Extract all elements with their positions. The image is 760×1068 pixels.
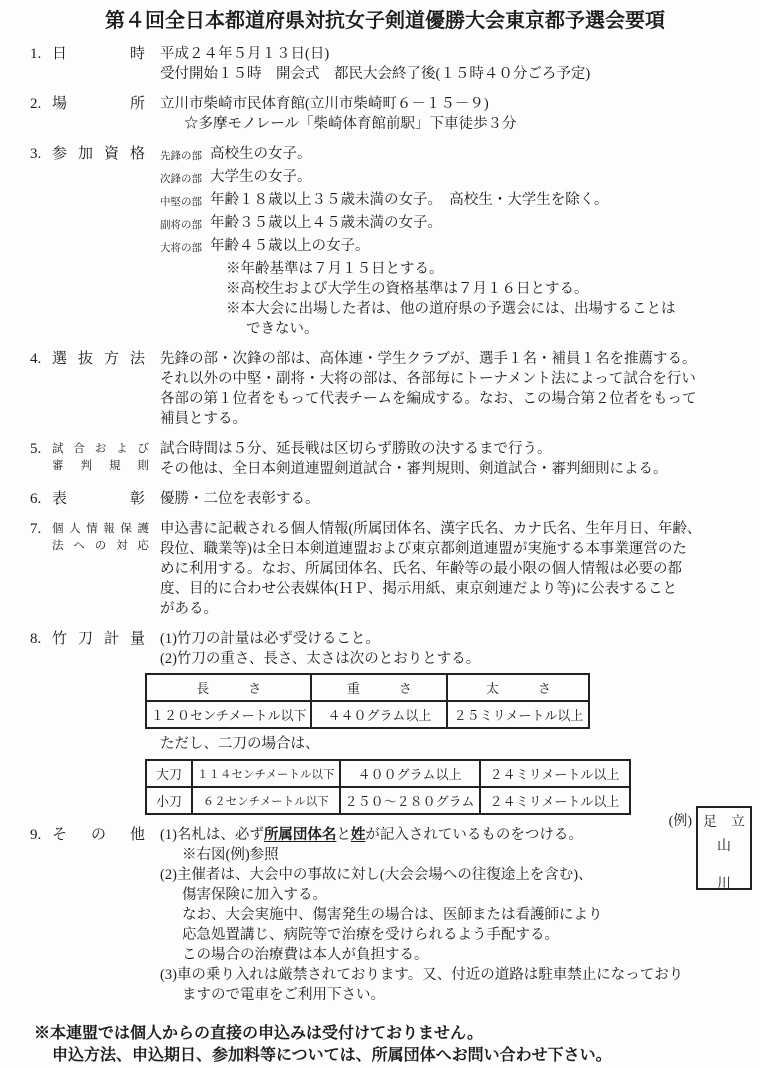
section-privacy-heading: 7. 個人情報保護 法への対応 [30, 519, 160, 619]
other-item1-line: (1)名札は、必ず所属団体名と姓が記入されているものをつける。 [160, 825, 740, 845]
item1-underline-surname: 姓 [351, 827, 366, 843]
section-number: 3. [30, 144, 52, 339]
division-text: 年齢１８歳以上３５歳未満の女子。 高校生・大学生を除く。 [210, 190, 608, 213]
eligibility-note: ※本大会に出場した者は、他の道府県の予選会には、出場することは [226, 299, 740, 319]
section-label: 個人情報保護 法への対応 [52, 519, 150, 619]
section-match-rules-body: 試合時間は５分、延長戦は区切らず勝敗の決するまで行う。 その他は、全日本剣道連盟… [160, 439, 740, 479]
rules-line: 試合時間は５分、延長戦は区切らず勝敗の決するまで行う。 [160, 439, 740, 459]
section-eligibility: 3. 参加資格 先鋒の部 高校生の女子。 次鋒の部 大学生の女子。 中堅の部 年… [30, 144, 740, 339]
other-item2-line: (2)主催者は、大会中の事故に対し(大会会場への往復途上を含む)、 [160, 865, 740, 885]
table-row: 小刀 ６２センチメートル以下 ２５０～２８０グラム ２４ミリメートル以上 [146, 787, 630, 814]
section-label: 日時 [52, 44, 146, 84]
section-privacy: 7. 個人情報保護 法への対応 申込書に記載される個人情報(所属団体名、漢字氏名… [30, 519, 740, 619]
rules-line: その他は、全日本剣道連盟剣道試合・審判規則、剣道試合・審判細則による。 [160, 459, 740, 479]
section-label: 参加資格 [52, 144, 146, 339]
date-line: 平成２４年５月１３日(日) [160, 44, 740, 64]
privacy-line: 度、目的に合わせ公表媒体(ＨＰ、掲示用紙、東京剣連だより等)に公表すること [160, 579, 740, 599]
cell-thickness: ２４ミリメートル以上 [480, 760, 630, 787]
item1-underline-team: 所属団体名 [264, 827, 337, 843]
item1-pre: (1)名札は、必ず [160, 827, 264, 843]
header-thickness: 太 さ [447, 674, 589, 701]
table-header-row: 長 さ 重 さ 太 さ [146, 674, 589, 701]
footer-line2: 申込方法、申込期日、参加料等については、所属団体へお問い合わせ下さい。 [52, 1045, 740, 1067]
eligibility-row: 中堅の部 年齢１８歳以上３５歳未満の女子。 高校生・大学生を除く。 [160, 190, 740, 213]
other-item3-line: (3)車の乗り入れは厳禁されております。又、付近の道路は駐車禁止になっており [160, 965, 740, 985]
footer-line1: ※本連盟では個人からの直接の申込みは受付けておりません。 [34, 1023, 740, 1045]
other-item2-line: 傷害保険に加入する。 [182, 885, 740, 905]
shinai-line: (1)竹刀の計量は必ず受けること。 [160, 629, 740, 649]
cell-weight: ２５０～２８０グラム [340, 787, 480, 814]
selection-line: 補員とする。 [160, 409, 740, 429]
section-shinai-body: (1)竹刀の計量は必ず受けること。 (2)竹刀の重さ、長さ、太さは次のとおりとす… [160, 629, 740, 669]
nametag-box: 足立 山 川 [696, 806, 752, 890]
selection-line: 先鋒の部・次鋒の部は、高体連・学生クラブが、選手１名・補員１名を推薦する。 [160, 349, 740, 369]
section-match-rules-heading: 5. 試合および 審判規則 [30, 439, 160, 479]
section-label: 試合および 審判規則 [52, 439, 150, 479]
eligibility-row: 先鋒の部 高校生の女子。 [160, 144, 740, 167]
section-privacy-body: 申込書に記載される個人情報(所属団体名、漢字氏名、カナ氏名、生年月日、年齢、 段… [160, 519, 740, 619]
section-eligibility-heading: 3. 参加資格 [30, 144, 160, 339]
section-label: 表彰 [52, 489, 146, 509]
section-label: その他 [52, 825, 146, 1005]
section-selection: 4. 選抜方法 先鋒の部・次鋒の部は、高体連・学生クラブが、選手１名・補員１名を… [30, 349, 740, 429]
selection-line: それ以外の中堅・副将・大将の部は、各部毎にトーナメント法によって試合を行い [160, 369, 740, 389]
header-length: 長 さ [146, 674, 311, 701]
selection-line: 各部の第１位者をもって代表チームを編成する。なお、この場合第２位者をもって [160, 389, 740, 409]
division-text: 年齢４５歳以上の女子。 [210, 236, 370, 259]
section-eligibility-body: 先鋒の部 高校生の女子。 次鋒の部 大学生の女子。 中堅の部 年齢１８歳以上３５… [160, 144, 740, 339]
division-tag: 中堅の部 [160, 190, 210, 213]
shinai-spec-table: 長 さ 重 さ 太 さ １２０センチメートル以下 ４４０グラム以上 ２５ミリメー… [145, 673, 590, 729]
section-awards: 6. 表彰 優勝・二位を表彰する。 [30, 489, 740, 509]
section-number: 5. [30, 439, 52, 479]
other-item2-line: この場合の治療費は本人が負担する。 [182, 945, 740, 965]
division-text: 年齢３５歳以上４５歳未満の女子。 [210, 213, 442, 236]
cell-length: １２０センチメートル以下 [146, 701, 311, 728]
section-label-line2: 審判規則 [52, 458, 150, 475]
footer-notes: ※本連盟では個人からの直接の申込みは受付けておりません。 申込方法、申込期日、参… [30, 1023, 740, 1067]
section-datetime-body: 平成２４年５月１３日(日) 受付開始１５時 開会式 都民大会終了後(１５時４０分… [160, 44, 740, 84]
page-title: 第４回全日本都道府県対抗女子剣道優勝大会東京都予選会要項 [30, 8, 740, 34]
section-number: 6. [30, 489, 52, 509]
awards-line: 優勝・二位を表彰する。 [160, 489, 740, 509]
cell-weight: ４４０グラム以上 [311, 701, 447, 728]
privacy-line: がある。 [160, 599, 740, 619]
division-tag: 次鋒の部 [160, 167, 210, 190]
section-number: 9. [30, 825, 52, 1005]
section-label-line2: 法への対応 [52, 538, 150, 555]
cell-weight: ４００グラム以上 [340, 760, 480, 787]
access-line: ☆多摩モノレール「柴崎体育館前駅」下車徒歩３分 [184, 114, 740, 134]
eligibility-row: 副将の部 年齢３５歳以上４５歳未満の女子。 [160, 213, 740, 236]
section-venue-body: 立川市柴崎市民体育館(立川市柴崎町６－１５－９) ☆多摩モノレール「柴崎体育館前… [160, 94, 740, 134]
shinai-line: (2)竹刀の重さ、長さ、太さは次のとおりとする。 [160, 649, 740, 669]
other-item2-line: 応急処置講じ、病院等で治療を受けられるよう手配する。 [182, 925, 740, 945]
section-number: 7. [30, 519, 52, 619]
section-datetime: 1. 日時 平成２４年５月１３日(日) 受付開始１５時 開会式 都民大会終了後(… [30, 44, 740, 84]
eligibility-note: ※年齢基準は７月１５日とする。 [226, 259, 740, 279]
eligibility-row: 次鋒の部 大学生の女子。 [160, 167, 740, 190]
division-tag: 副将の部 [160, 213, 210, 236]
nametag-surname-char1: 山 [703, 835, 745, 855]
section-selection-heading: 4. 選抜方法 [30, 349, 160, 429]
section-match-rules: 5. 試合および 審判規則 試合時間は５分、延長戦は区切らず勝敗の決するまで行う… [30, 439, 740, 479]
section-label: 竹刀計量 [52, 629, 146, 669]
other-item2-line: なお、大会実施中、傷害発生の場合は、医師または看護師により [182, 905, 740, 925]
cell-length: ６２センチメートル以下 [192, 787, 340, 814]
division-text: 高校生の女子。 [210, 144, 312, 167]
item1-mid: と [336, 827, 351, 843]
section-selection-body: 先鋒の部・次鋒の部は、高体連・学生クラブが、選手１名・補員１名を推薦する。 それ… [160, 349, 740, 429]
section-label: 選抜方法 [52, 349, 146, 429]
privacy-line: 段位、職業等)は全日本剣道連盟および東京都剣道連盟が実施する本事業運営のた [160, 539, 740, 559]
document-body: 第４回全日本都道府県対抗女子剣道優勝大会東京都予選会要項 1. 日時 平成２４年… [0, 0, 760, 1067]
eligibility-row: 大将の部 年齢４５歳以上の女子。 [160, 236, 740, 259]
document-page: 第４回全日本都道府県対抗女子剣道優勝大会東京都予選会要項 1. 日時 平成２４年… [0, 0, 760, 1068]
cell-sword-type: 大刀 [146, 760, 192, 787]
example-caption: (例) [669, 810, 692, 830]
division-tag: 大将の部 [160, 236, 210, 259]
eligibility-note: できない。 [246, 319, 740, 339]
nametag-team: 足立 [703, 811, 745, 831]
section-label: 場所 [52, 94, 146, 134]
section-other-body: (1)名札は、必ず所属団体名と姓が記入されているものをつける。 ※右図(例)参照… [160, 825, 740, 1005]
item1-post: が記入されているものをつける。 [365, 827, 583, 843]
section-number: 2. [30, 94, 52, 134]
nito-note: ただし、二刀の場合は、 [160, 734, 740, 754]
section-venue-heading: 2. 場所 [30, 94, 160, 134]
nito-spec-table: 大刀 １１４センチメートル以下 ４００グラム以上 ２４ミリメートル以上 小刀 ６… [145, 759, 631, 815]
venue-line: 立川市柴崎市民体育館(立川市柴崎町６－１５－９) [160, 94, 740, 114]
privacy-line: めに利用する。なお、所属団体名、氏名、年齢等の最小限の個人情報は必要の都 [160, 559, 740, 579]
cell-length: １１４センチメートル以下 [192, 760, 340, 787]
section-number: 4. [30, 349, 52, 429]
table-row: 大刀 １１４センチメートル以下 ４００グラム以上 ２４ミリメートル以上 [146, 760, 630, 787]
section-shinai-heading: 8. 竹刀計量 [30, 629, 160, 669]
section-label-line1: 個人情報保護 [52, 521, 150, 538]
section-number: 8. [30, 629, 52, 669]
nametag-surname-char2: 川 [703, 873, 745, 893]
other-item3-line: ますので電車をご利用下さい。 [182, 985, 740, 1005]
division-tag: 先鋒の部 [160, 144, 210, 167]
schedule-line: 受付開始１５時 開会式 都民大会終了後(１５時４０分ごろ予定) [160, 64, 740, 84]
section-shinai: 8. 竹刀計量 (1)竹刀の計量は必ず受けること。 (2)竹刀の重さ、長さ、太さ… [30, 629, 740, 669]
section-label-line1: 試合および [52, 441, 150, 458]
section-number: 1. [30, 44, 52, 84]
cell-thickness: ２４ミリメートル以上 [480, 787, 630, 814]
cell-thickness: ２５ミリメートル以上 [447, 701, 589, 728]
section-datetime-heading: 1. 日時 [30, 44, 160, 84]
table-row: １２０センチメートル以下 ４４０グラム以上 ２５ミリメートル以上 [146, 701, 589, 728]
section-other-heading: 9. その他 [30, 825, 160, 1005]
nametag-example: (例) 足立 山 川 [669, 806, 752, 890]
section-awards-heading: 6. 表彰 [30, 489, 160, 509]
cell-sword-type: 小刀 [146, 787, 192, 814]
privacy-line: 申込書に記載される個人情報(所属団体名、漢字氏名、カナ氏名、生年月日、年齢、 [160, 519, 740, 539]
section-awards-body: 優勝・二位を表彰する。 [160, 489, 740, 509]
section-venue: 2. 場所 立川市柴崎市民体育館(立川市柴崎町６－１５－９) ☆多摩モノレール「… [30, 94, 740, 134]
header-weight: 重 さ [311, 674, 447, 701]
eligibility-note: ※高校生および大学生の資格基準は７月１６日とする。 [226, 279, 740, 299]
other-item1-note: ※右図(例)参照 [182, 845, 740, 865]
division-text: 大学生の女子。 [210, 167, 312, 190]
section-other: 9. その他 (1)名札は、必ず所属団体名と姓が記入されているものをつける。 ※… [30, 825, 740, 1005]
